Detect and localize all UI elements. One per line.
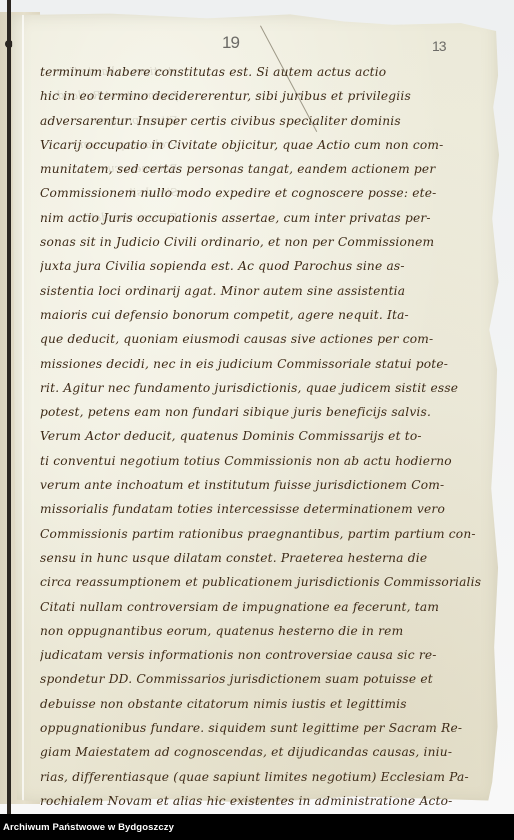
text-line: judicatam versis informationis non contr… (40, 643, 500, 667)
text-line: sistentia loci ordinarij agat. Minor aut… (40, 279, 500, 303)
text-line: terminum habere constitutas est. Si aute… (40, 60, 500, 84)
text-line: missiones decidi, nec in eis judicium Co… (40, 352, 500, 376)
text-line: non oppugnantibus eorum, quatenus hester… (40, 619, 500, 643)
folio-number-secondary: 13 (432, 38, 446, 54)
archive-name: Archiwum Państwowe w Bydgoszczy (3, 822, 174, 833)
text-line: potest, petens eam non fundari sibique j… (40, 400, 500, 424)
text-line: debuisse non obstante citatorum nimis iu… (40, 692, 500, 716)
text-line: adversarentur. Insuper certis civibus sp… (40, 109, 500, 133)
manuscript-text: terminum habere constitutas est. Si aute… (40, 60, 500, 813)
text-line: que deducit, quoniam eiusmodi causas siv… (40, 327, 500, 351)
scan-image: vt ctiam nulla vt ctium Juramento ut Rut… (0, 0, 514, 814)
text-line: rochialem Novam et alias hic existentes … (40, 789, 500, 813)
text-line: spondetur DD. Commissarios jurisdictione… (40, 667, 500, 691)
text-line: sensu in hunc usque dilatam constet. Pra… (40, 546, 500, 570)
text-line: Commissionis partim rationibus praegnant… (40, 522, 500, 546)
text-line: hic in eo termino decidererentur, sibi j… (40, 84, 500, 108)
document-viewer: vt ctiam nulla vt ctium Juramento ut Rut… (0, 0, 514, 840)
text-line: circa reassumptionem et publicationem ju… (40, 570, 500, 594)
text-line: Vicarij occupatio in Civitate objicitur,… (40, 133, 500, 157)
archive-caption-bar: Archiwum Państwowe w Bydgoszczy (0, 814, 514, 840)
binding-string (7, 0, 11, 814)
text-line: maioris cui defensio bonorum competit, a… (40, 303, 500, 327)
text-line: ti conventui negotium totius Commissioni… (40, 449, 500, 473)
text-line: missorialis fundatam toties intercessiss… (40, 497, 500, 521)
page-fold (22, 12, 24, 806)
text-line: rit. Agitur nec fundamento jurisdictioni… (40, 376, 500, 400)
text-line: Citati nullam controversiam de impugnati… (40, 595, 500, 619)
text-line: Verum Actor deducit, quatenus Dominis Co… (40, 424, 500, 448)
text-line: sonas sit in Judicio Civili ordinario, e… (40, 230, 500, 254)
text-line: munitatem, sed certas personas tangat, e… (40, 157, 500, 181)
text-line: verum ante inchoatum et institutum fuiss… (40, 473, 500, 497)
text-line: nim actio Juris occupationis assertae, c… (40, 206, 500, 230)
text-line: oppugnationibus fundare. siquidem sunt l… (40, 716, 500, 740)
text-line: giam Maiestatem ad cognoscendas, et diju… (40, 740, 500, 764)
text-line: rias, differentiasque (quae sapiunt limi… (40, 765, 500, 789)
folio-number-primary: 19 (222, 33, 239, 53)
text-line: Commissionem nullo modo expedire et cogn… (40, 181, 500, 205)
text-line: juxta jura Civilia sopienda est. Ac quod… (40, 254, 500, 278)
